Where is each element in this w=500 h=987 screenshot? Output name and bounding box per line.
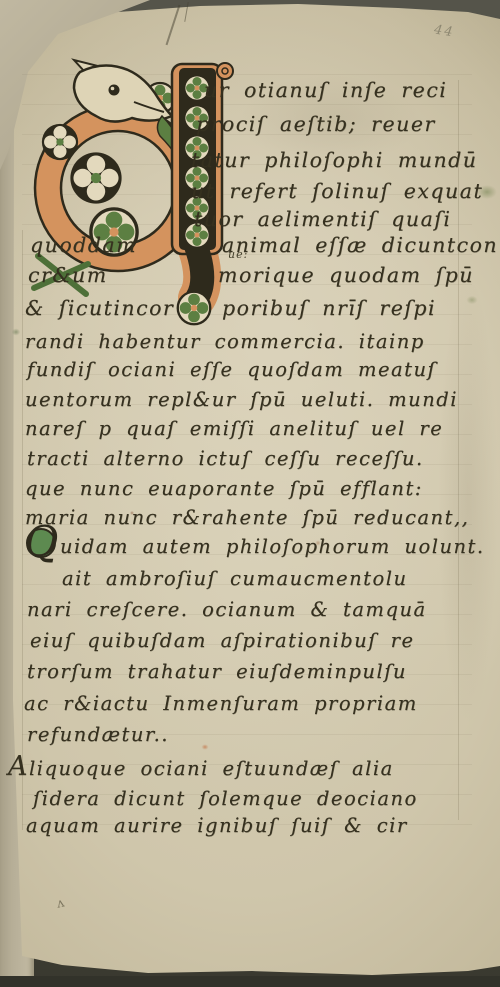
q-letter: Q [24, 517, 58, 566]
text-line: & ſicutincor [25, 296, 174, 320]
text-line: morique quodam ſpū [218, 263, 474, 287]
text-line: ur otianuſ inſe reci [204, 78, 447, 102]
text-line: que nunc euaporante ſpū efflant: [25, 477, 423, 501]
beast-head [74, 60, 183, 158]
folio-number: 44 [433, 23, 455, 41]
text-line: tatur philoſophi mundū [191, 148, 478, 172]
text-line: Aliquoque ociani eſtuundæſ alia [8, 755, 394, 779]
manuscript-page: ur otianuſ inſe reci prociſ aeſtib; reue… [0, 0, 500, 987]
text-line: tuor aelimentiſ quaſi [194, 207, 451, 231]
text-line: uidam autem philoſophorum uolunt. [60, 535, 485, 559]
text-line: nareſ p quaſ emiſſi anelituſ uel re [25, 417, 443, 441]
text-line: randi habentur commercia. itainp [25, 330, 425, 354]
text-line: quoddam [30, 233, 137, 257]
text-line: cr&um [28, 263, 108, 287]
text-line: animal eſſæ dicuntcon [222, 233, 498, 257]
text-line: tracti alterno ictuſ ceſſu receſſu. [27, 447, 424, 471]
text-line: eiuſ quibuſdam aſpirationibuſ re [30, 629, 415, 653]
text-line: uentorum repl&ur ſpū ueluti. mundi [25, 388, 458, 412]
stem-foot-rosette [178, 292, 211, 325]
margin-line-left [22, 230, 23, 830]
photo-edge-bottom [0, 976, 500, 987]
text-line: nari creſcere. ocianum & tamquā [27, 598, 427, 622]
text-line: fundiſ ociani eſſe quoſdam meatuſ [27, 358, 436, 382]
text-line: prociſ aeſtib; reuer [196, 112, 436, 136]
spiral-curl-icon [217, 63, 233, 79]
text-line: ſidera dicunt ſolemque deociano [33, 787, 418, 811]
text-line: refundætur.. [27, 723, 169, 747]
text-line: trorſum trahatur eiuſdeminpulſu [27, 660, 407, 684]
text-line: poribuſ nrīſ reſpi [222, 296, 436, 320]
text-line: ait ambroſiuſ cumaucmentolu [62, 567, 408, 591]
text-line: ut refert ſolinuſ exquat [191, 179, 483, 203]
text-line: aquam aurire ignibuſ ſuiſ & cir [26, 814, 408, 838]
text-line: ac r&iactu Inmenſuram propriam [24, 692, 418, 716]
text-line: maria nunc r&rahente ſpū reducant,, [25, 506, 469, 530]
beast-eye-icon [109, 85, 120, 96]
interlinear-gloss: ue: [228, 248, 248, 261]
